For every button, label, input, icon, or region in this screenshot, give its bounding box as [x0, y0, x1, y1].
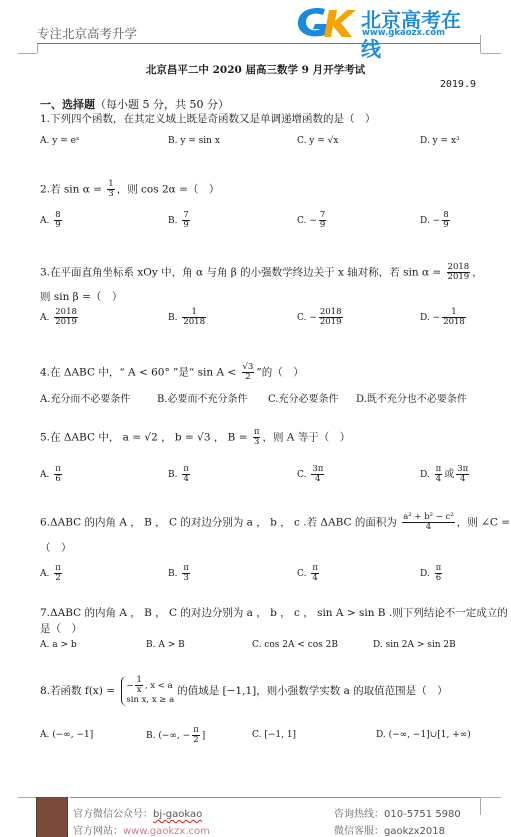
crop-mark: [18, 797, 36, 798]
question-text: ，: [472, 266, 483, 278]
fraction: π6: [54, 465, 62, 484]
fraction: π2: [54, 564, 62, 583]
service-label: 微信客服：: [334, 826, 384, 837]
footer-hotline: 咨询热线：010-5751 5980: [334, 805, 461, 820]
exam-title: 北京昌平二中 2020 届高三数学 9 月开学考试: [0, 62, 511, 77]
or-text: 或: [444, 469, 454, 480]
denominator: 3: [253, 438, 261, 447]
denominator: 9: [442, 221, 449, 230]
crop-mark: [480, 35, 481, 53]
denominator: 2: [54, 574, 62, 583]
option-label: C.: [297, 569, 306, 579]
minus-sign: −: [126, 681, 133, 691]
option-label: A.: [40, 313, 49, 323]
option-b[interactable]: B. π3: [168, 564, 192, 583]
option-a[interactable]: A. π6: [40, 465, 64, 484]
option-b[interactable]: B. 79: [168, 211, 192, 230]
denominator: 2: [192, 736, 200, 745]
denominator: 3: [107, 190, 114, 199]
hotline-value: 010-5751 5980: [384, 809, 461, 820]
option-b[interactable]: B. (−∞, −π2]: [146, 726, 205, 745]
crop-mark: [37, 44, 38, 53]
piece-1: −1x, x < a: [126, 676, 174, 695]
fraction: π6: [435, 564, 443, 583]
option-label: C.: [297, 470, 306, 480]
question-number: 7.: [40, 607, 50, 619]
option-label: B.: [168, 470, 177, 480]
denominator: 4: [311, 574, 319, 583]
denominator: 2018: [442, 318, 466, 327]
footer-service: 微信客服：gaokzx2018: [334, 822, 445, 837]
question-text: ΔABC 的内角 A ， B ， C 的对边分别为 a ， b ， c ， si…: [50, 607, 508, 619]
option-value: ]: [202, 731, 206, 741]
question-number: 8.: [40, 685, 50, 697]
option-c[interactable]: C. [−1, 1]: [252, 730, 296, 740]
option-a[interactable]: A. (−∞, −1]: [40, 730, 93, 740]
fraction: π4: [311, 564, 319, 583]
footer-wechat: 官方微信公众号：bj-gaokao: [73, 805, 202, 820]
option-value: [−1, 1]: [264, 730, 296, 740]
question-3: 3.在平面直角坐标系 xOy 中，角 α 与角 β 的小强数学终边关于 x 轴对…: [40, 263, 483, 282]
option-b[interactable]: B. A > B: [146, 640, 185, 650]
site-link[interactable]: www.gaokzx.com: [123, 826, 210, 837]
option-d[interactable]: D.既不充分也不必要条件: [356, 390, 467, 405]
question-text: 的值域是 [−1,1]，则小强数学实数 a 的取值范围是（ ）: [177, 685, 447, 697]
section-title: 一、选择题: [40, 98, 95, 111]
piecewise-function: −1x, x < a sin x, x ≥ a: [121, 676, 174, 706]
question-text: 在 ΔABC 中，“ A < 60° ”是“ sin A <: [50, 366, 236, 378]
question-6-line2: （ ）: [40, 540, 72, 555]
question-8: 8.若函数 f(x) = −1x, x < a sin x, x ≥ a 的值域…: [40, 676, 448, 706]
denominator: 4: [311, 475, 324, 484]
option-b[interactable]: B. 12018: [168, 308, 208, 327]
option-c[interactable]: C. y = √x: [297, 136, 338, 146]
option-label: C.: [252, 730, 261, 740]
option-label: D.: [420, 313, 430, 323]
option-label: D.: [420, 470, 430, 480]
minus-sign: −: [433, 313, 441, 323]
question-7-line2: 是（ ）: [40, 621, 82, 636]
option-a[interactable]: A.充分而不必要条件: [40, 390, 130, 405]
question-text: ，则 cos 2α =（ ）: [117, 183, 220, 195]
crop-mark: [481, 797, 501, 798]
question-number: 1.: [40, 113, 50, 125]
option-a[interactable]: A. 20182019: [40, 308, 80, 327]
option-c[interactable]: C. 3π4: [297, 465, 326, 484]
question-4: 4.在 ΔABC 中，“ A < 60° ”是“ sin A < √32”的（ …: [40, 363, 304, 382]
option-c[interactable]: C. π4: [297, 564, 321, 583]
question-7: 7.ΔABC 的内角 A ， B ， C 的对边分别为 a ， b ， c ， …: [40, 605, 508, 620]
piece-2: sin x, x ≥ a: [126, 695, 174, 706]
question-text: 在平面直角坐标系 xOy 中，角 α 与角 β 的小强数学终边关于 x 轴对称，…: [50, 266, 441, 278]
denominator: 3: [182, 574, 190, 583]
section-note: （每小题 5 分，共 50 分）: [95, 98, 229, 111]
option-label: C.: [297, 216, 306, 226]
denominator: 2019: [447, 273, 471, 282]
crop-mark: [481, 53, 501, 54]
option-label: B.: [168, 216, 177, 226]
brand-logo[interactable]: 北京高考在线 www.gkaozx.com: [295, 4, 480, 40]
fraction: π3: [182, 564, 190, 583]
denominator: 2018: [182, 318, 206, 327]
site-label: 官方网站：: [73, 826, 123, 837]
fraction: 3π4: [456, 465, 469, 484]
denominator: 4: [182, 475, 190, 484]
fraction: 13: [107, 180, 114, 199]
fraction: 79: [182, 211, 189, 230]
question-6: 6.ΔABC 的内角 A ， B ， C 的对边分别为 a ， b ， c .若…: [40, 513, 510, 532]
crop-mark: [480, 797, 481, 815]
header-divider: [37, 43, 480, 44]
question-text: ΔABC 的内角 A ， B ， C 的对边分别为 a ， b ， c .若 Δ…: [50, 516, 397, 528]
fraction: 20182019: [54, 308, 78, 327]
question-5: 5.在 ΔABC 中， a = √2 ， b = √3 ， B = π3，则 A…: [40, 428, 350, 447]
exam-date: 2019.9: [440, 79, 476, 90]
fraction: 89: [54, 211, 61, 230]
fraction: π4: [435, 465, 443, 484]
option-a[interactable]: A. y = eˣ: [40, 136, 80, 146]
footer-divider: [70, 797, 480, 798]
gk-logo-icon: [295, 6, 357, 38]
fraction: 79: [319, 211, 326, 230]
footer-color-block: [36, 797, 68, 837]
denominator: 9: [54, 221, 61, 230]
option-label: A.: [40, 730, 49, 740]
fraction: 12018: [182, 308, 206, 327]
question-text: ，则 ∠C =: [457, 516, 510, 528]
option-d[interactable]: D. −89: [420, 211, 452, 230]
fraction: 3π4: [311, 465, 324, 484]
option-a[interactable]: A. a > b: [40, 640, 77, 650]
question-text: ”的（ ）: [256, 366, 303, 378]
fraction: π3: [253, 428, 261, 447]
fraction: √32: [242, 363, 255, 382]
denominator: 6: [435, 574, 443, 583]
question-3-line2: 则 sin β =（ ）: [40, 289, 122, 304]
fraction: π4: [182, 465, 190, 484]
question-number: 3.: [40, 266, 50, 278]
option-label: D.: [420, 216, 430, 226]
denominator: 6: [54, 475, 62, 484]
option-c[interactable]: C. −20182019: [297, 308, 345, 327]
question-text: 若函数 f(x) =: [50, 685, 115, 697]
option-b[interactable]: B. π4: [168, 465, 192, 484]
option-label: B.: [168, 313, 177, 323]
denominator: 9: [319, 221, 326, 230]
header-tagline: 专注北京高考升学: [37, 24, 137, 42]
option-label: C.: [297, 313, 306, 323]
section-heading: 一、选择题（每小题 5 分，共 50 分）: [40, 96, 229, 112]
question-2: 2.若 sin α = 13，则 cos 2α =（ ）: [40, 180, 219, 199]
option-label: D.: [420, 569, 430, 579]
option-label: D.: [376, 730, 386, 740]
logo-url: www.gkaozx.com: [362, 28, 445, 38]
minus-sign: −: [309, 313, 317, 323]
service-value: gaokzx2018: [384, 826, 445, 837]
fraction: 1x: [135, 676, 142, 695]
fraction: a² + b² − c²4: [402, 513, 455, 532]
option-label: A.: [40, 470, 49, 480]
crop-mark: [18, 53, 37, 54]
denominator: 2019: [54, 318, 78, 327]
question-number: 6.: [40, 516, 50, 528]
document-page: 专注北京高考升学 北京高考在线 www.gkaozx.com 北京昌平二中 20…: [0, 0, 511, 837]
denominator: 4: [456, 475, 469, 484]
fraction: 89: [442, 211, 449, 230]
fraction: π2: [192, 726, 200, 745]
question-number: 5.: [40, 431, 50, 443]
piece-condition: , x < a: [145, 681, 173, 691]
fraction: 20182019: [447, 263, 471, 282]
option-b[interactable]: B.必要而不充分条件: [157, 390, 248, 405]
denominator: x: [135, 686, 142, 695]
question-text: 在 ΔABC 中， a = √2 ， b = √3 ， B =: [50, 431, 248, 443]
question-1: 1.下列四个函数，在其定义域上既是奇函数又是单调递增函数的是（ ）: [40, 111, 376, 126]
question-text: 下列四个函数，在其定义域上既是奇函数又是单调递增函数的是（ ）: [50, 113, 376, 125]
option-label: A.: [40, 569, 49, 579]
denominator: 2019: [319, 318, 343, 327]
denominator: 4: [435, 475, 443, 484]
question-text: ，则 A 等于（ ）: [262, 431, 350, 443]
wechat-value[interactable]: bj-gaokao: [153, 809, 202, 820]
option-c[interactable]: C.充分必要条件: [268, 390, 338, 405]
option-b[interactable]: B. y = sin x: [168, 136, 220, 146]
option-label: B.: [146, 731, 155, 741]
wechat-label: 官方微信公众号：: [73, 809, 153, 820]
option-value: (−∞, −1]∪[1, +∞): [389, 730, 471, 740]
option-value: (−∞, −1]: [52, 730, 93, 740]
option-c[interactable]: C. −79: [297, 211, 328, 230]
option-label: B.: [168, 569, 177, 579]
question-text: 若 sin α =: [50, 183, 102, 195]
option-d[interactable]: D. π6: [420, 564, 444, 583]
minus-sign: −: [309, 216, 317, 226]
denominator: 9: [182, 221, 189, 230]
option-a[interactable]: A. 89: [40, 211, 64, 230]
fraction: 20182019: [319, 308, 343, 327]
option-d[interactable]: D. π4或3π4: [420, 465, 471, 484]
question-number: 2.: [40, 183, 50, 195]
question-number: 4.: [40, 366, 50, 378]
denominator: 2: [242, 373, 255, 382]
option-value: (−∞, −: [158, 731, 190, 741]
option-d[interactable]: D. y = x³: [420, 136, 460, 146]
option-label: A.: [40, 216, 49, 226]
option-d[interactable]: D. sin 2A > sin 2B: [373, 640, 456, 650]
option-c[interactable]: C. cos 2A < cos 2B: [252, 640, 338, 650]
footer-site: 官方网站：www.gaokzx.com: [73, 822, 210, 837]
option-a[interactable]: A. π2: [40, 564, 64, 583]
option-d[interactable]: D. (−∞, −1]∪[1, +∞): [376, 730, 471, 740]
hotline-label: 咨询热线：: [334, 809, 384, 820]
denominator: 4: [402, 523, 455, 532]
fraction: 12018: [442, 308, 466, 327]
option-d[interactable]: D. −12018: [420, 308, 468, 327]
minus-sign: −: [433, 216, 441, 226]
